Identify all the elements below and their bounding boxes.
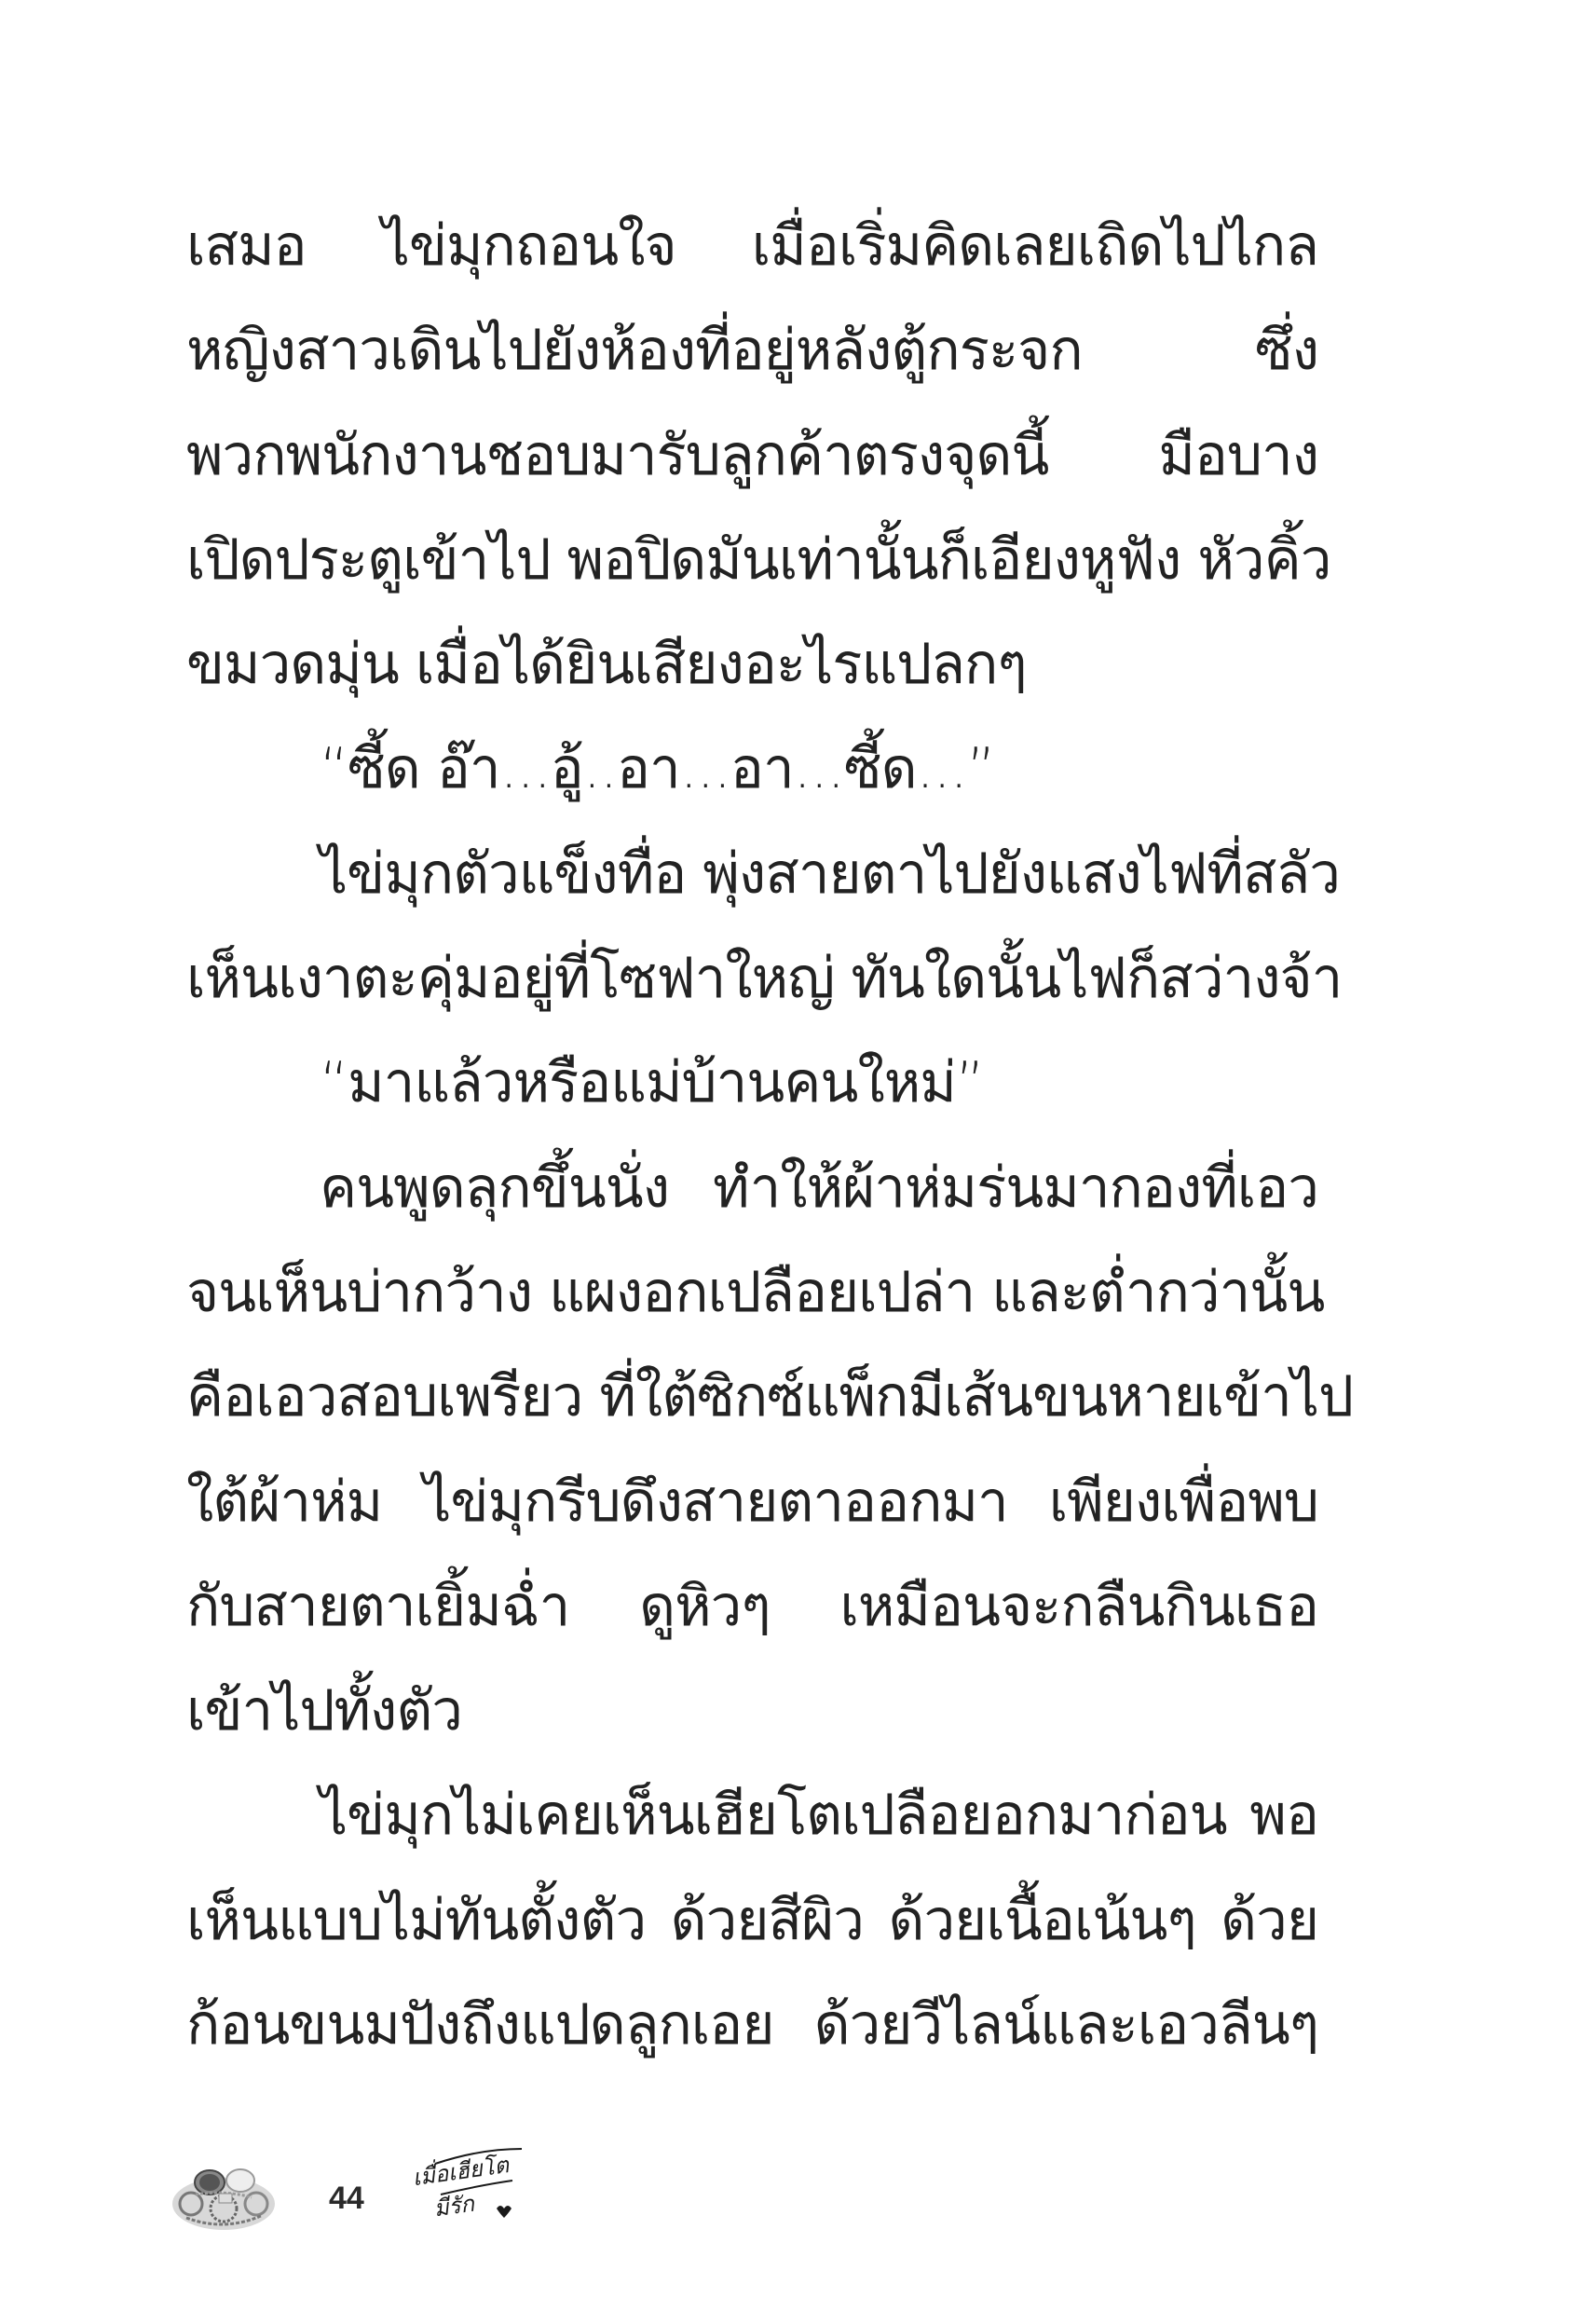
text-line: เปิดประตูเข้าไป พอปิดมันเท่านั้นก็เอียงห… bbox=[186, 508, 1318, 612]
dialogue-line: “ซี้ด อ๊า...อู้..อา...อา...ซี้ด...” bbox=[186, 717, 1318, 821]
text-line: เสมอ ไข่มุกถอนใจ เมื่อเริ่มคิดเลยเถิดไปไ… bbox=[186, 194, 1318, 298]
paragraph-start-line: ไข่มุกตัวแข็งทื่อ พุ่งสายตาไปยังแสงไฟที่… bbox=[186, 822, 1318, 926]
text-line: หญิงสาวเดินไปยังห้องที่อยู่หลังตู้กระจก … bbox=[186, 298, 1318, 403]
text-line: คือเอวสอบเพรียว ที่ใต้ซิกซ์แพ็กมีเส้นขนห… bbox=[186, 1345, 1318, 1449]
text-line: ใต้ผ้าห่ม ไข่มุกรีบดึงสายตาออกมา เพียงเพ… bbox=[186, 1450, 1318, 1554]
text-line: ก้อนขนมปังถึงแปดลูกเอย ด้วยวีไลน์และเอวล… bbox=[186, 1973, 1318, 2077]
paragraph-start-line: ไข่มุกไม่เคยเห็นเฮียโตเปลือยอกมาก่อน พอ bbox=[186, 1763, 1318, 1867]
paragraph-start-line: คนพูดลุกขึ้นนั่ง ทำให้ผ้าห่มร่นมากองที่เ… bbox=[186, 1136, 1318, 1240]
book-title-logo: เมื่อเฮียโต มีรัก bbox=[415, 2143, 526, 2246]
text-line: กับสายตาเยิ้มฉ่ำ ดูหิวๆ เหมือนจะกลืนกินเ… bbox=[186, 1554, 1318, 1659]
page-footer: 44 เมื่อเฮียโต มีรัก bbox=[158, 2143, 624, 2246]
text-line: เห็นแบบไม่ทันตั้งตัว ด้วยสีผิว ด้วยเนื้อ… bbox=[186, 1868, 1318, 1973]
jewelry-pile-icon bbox=[168, 2153, 280, 2236]
text-line: พวกพนักงานชอบมารับลูกค้าตรงจุดนี้ มือบาง bbox=[186, 403, 1318, 508]
text-line: เห็นเงาตะคุ่มอยู่ที่โซฟาใหญ่ ทันใดนั้นไฟ… bbox=[186, 926, 1318, 1031]
text-line: ขมวดมุ่น เมื่อได้ยินเสียงอะไรแปลกๆ bbox=[186, 612, 1318, 717]
dialogue-line: “มาแล้วหรือแม่บ้านคนใหม่” bbox=[186, 1031, 1318, 1135]
body-text: เสมอ ไข่มุกถอนใจ เมื่อเริ่มคิดเลยเถิดไปไ… bbox=[186, 194, 1318, 2077]
book-page: เสมอ ไข่มุกถอนใจ เมื่อเริ่มคิดเลยเถิดไปไ… bbox=[0, 0, 1596, 2311]
text-line: จนเห็นบ่ากว้าง แผงอกเปลือยเปล่า และต่ำกว… bbox=[186, 1240, 1318, 1345]
page-number: 44 bbox=[329, 2181, 364, 2217]
text-line: เข้าไปทั้งตัว bbox=[186, 1659, 1318, 1763]
